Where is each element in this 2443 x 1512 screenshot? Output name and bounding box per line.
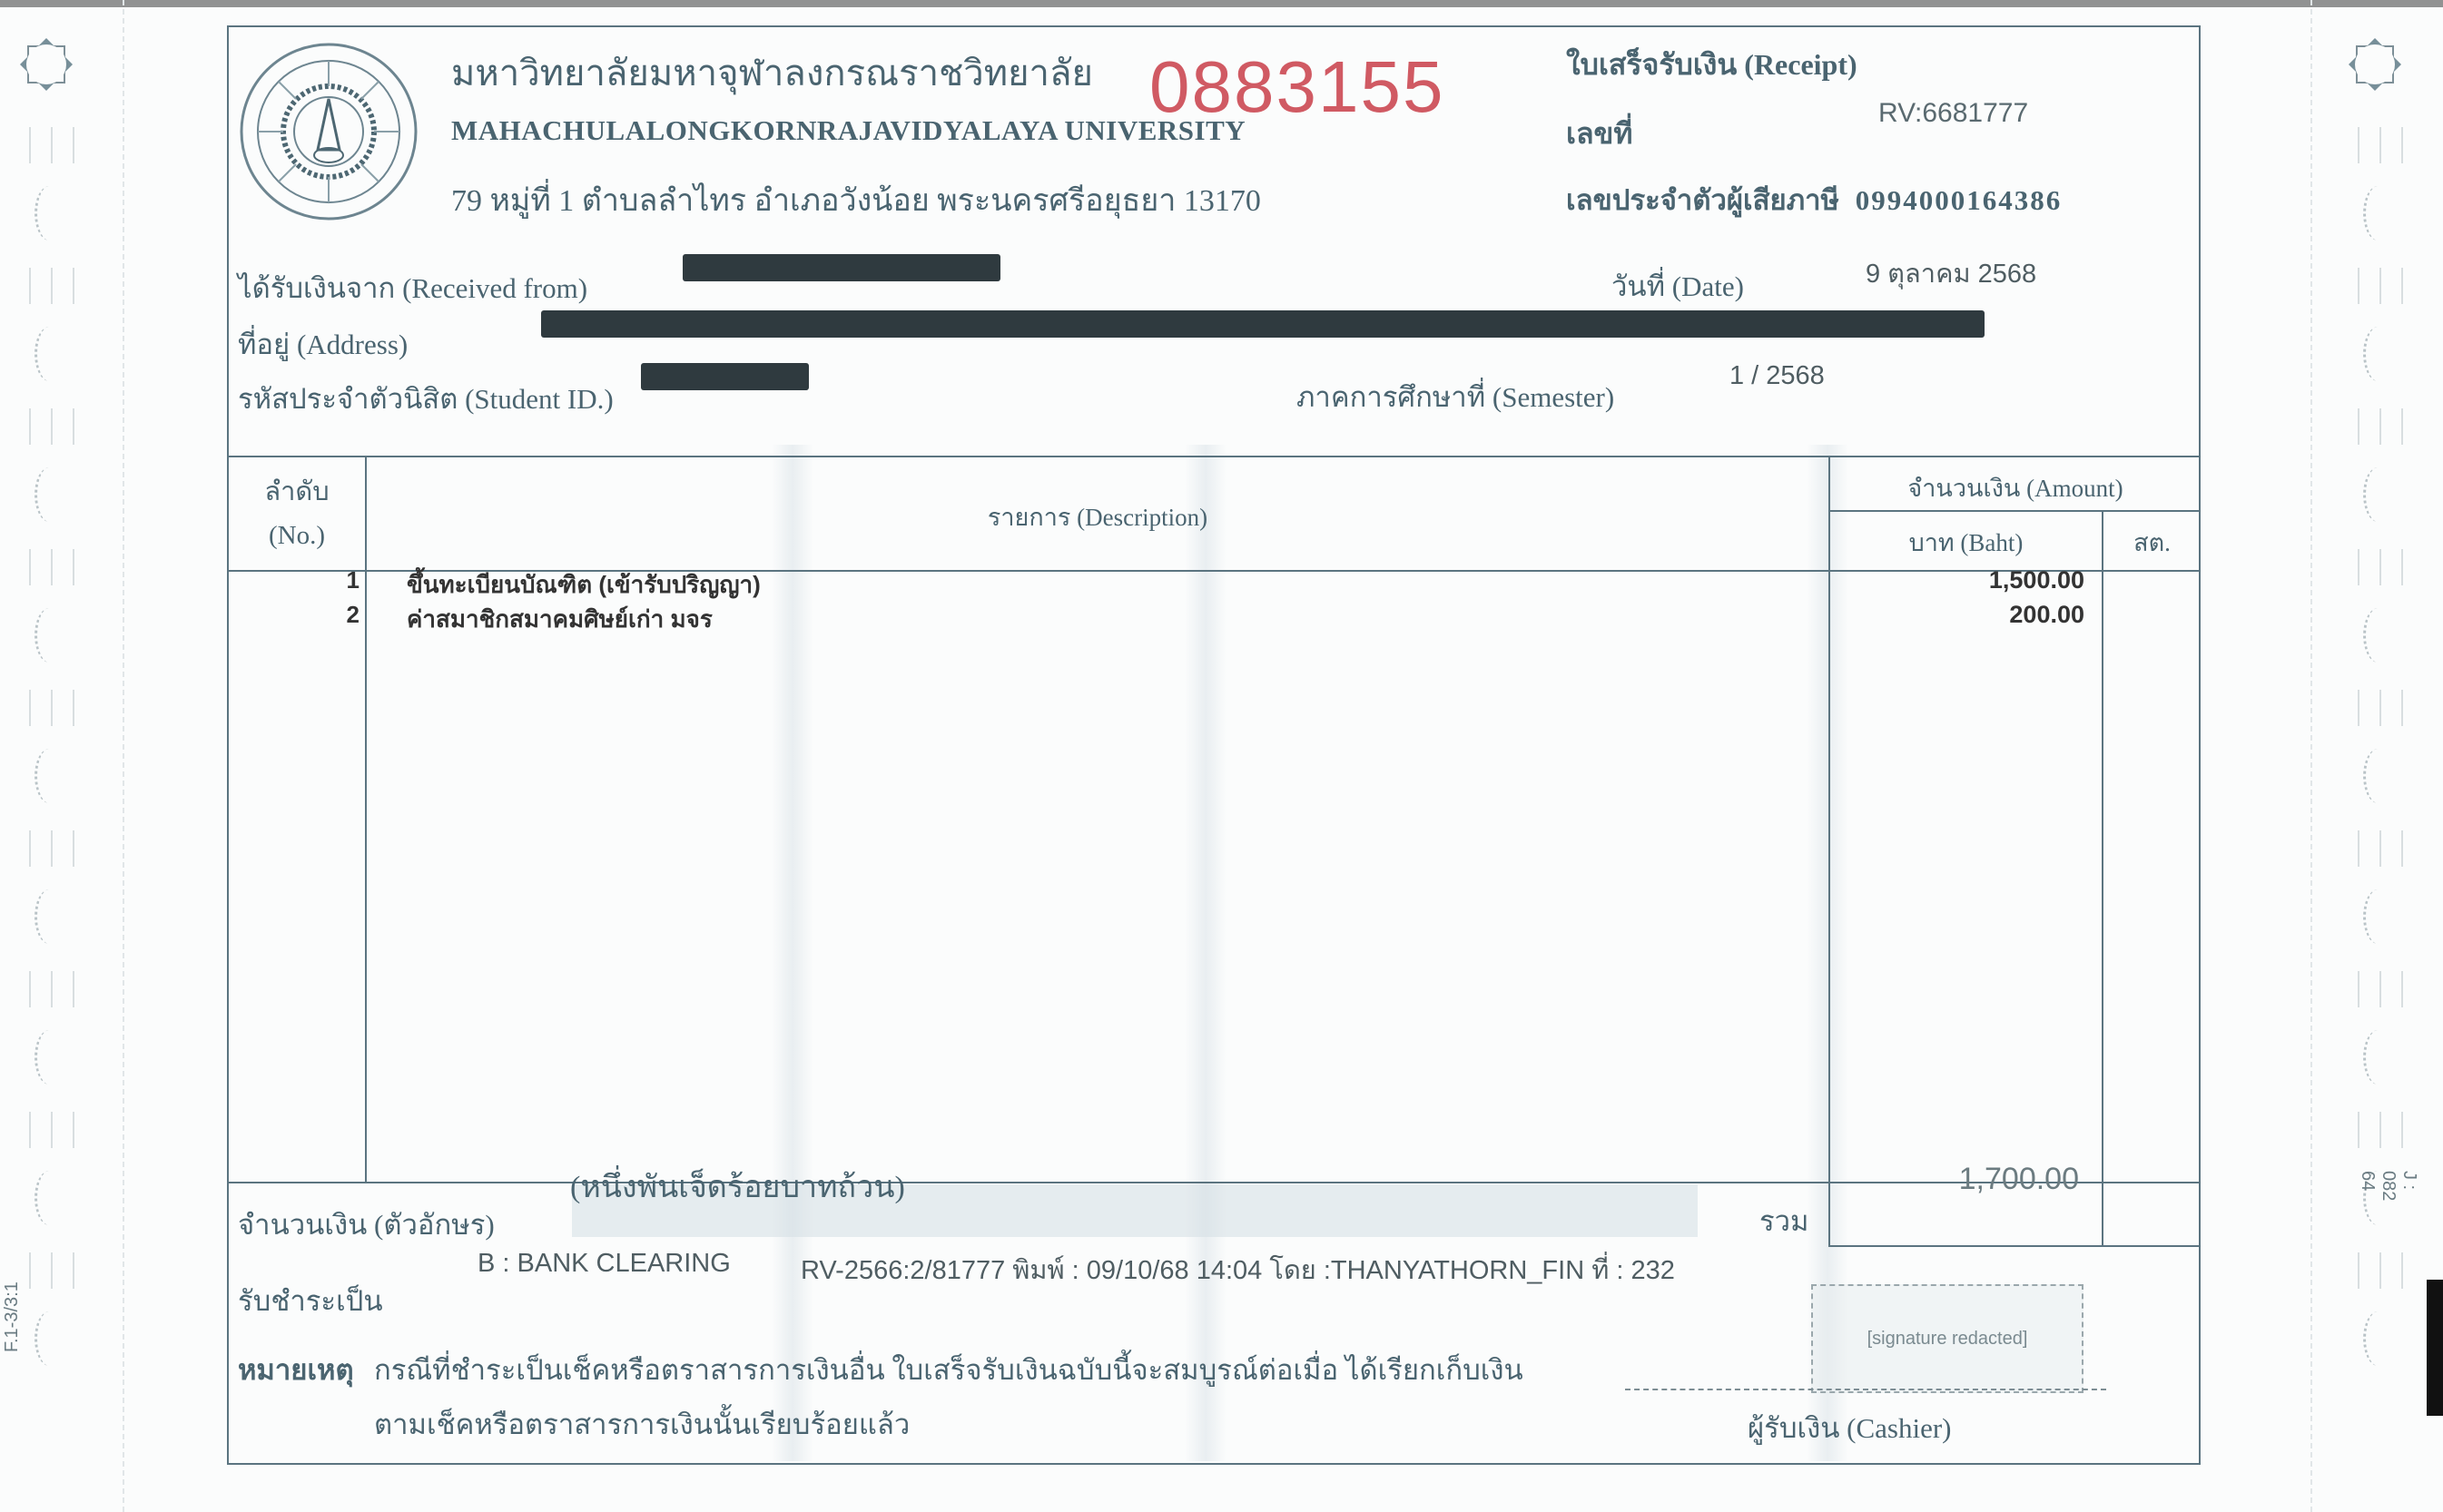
perforation-left [123,0,124,1512]
feed-tick-marks [2338,408,2419,445]
feed-tick-marks [9,971,91,1007]
feed-tick-marks [9,1112,91,1148]
receipt-number-label: เลขที่ [1566,111,1633,157]
payment-reference: RV-2566:2/81777 พิมพ์ : 09/10/68 14:04 โ… [801,1249,1675,1291]
receipt-number: RV:6681777 [1878,98,2028,129]
university-address: 79 หมู่ที่ 1 ตำบลลำไทร อำเภอวังน้อย พระน… [451,175,1261,224]
cashier-label: ผู้รับเงิน (Cashier) [1748,1405,1952,1450]
registration-mark-icon [18,36,74,93]
tax-id: 0994000164386 [1856,184,2063,216]
column-header-amount: จำนวนเงิน (Amount) [1830,468,2201,507]
perforation-right [2310,0,2312,1512]
feed-tick-marks [2338,1112,2419,1148]
column-header-no-thai: ลำดับ [229,470,365,512]
feed-tick-marks [9,830,91,867]
feed-tick-marks [2338,830,2419,867]
amount-words-label: จำนวนเงิน (ตัวอักษร) [238,1202,495,1247]
note-line-2: ตามเช็คหรือตราสารการเงินนั้นเรียบร้อยแล้… [374,1401,910,1447]
feed-hole-arc [2363,1030,2393,1085]
feed-hole-arc [2363,467,2393,522]
scan-edge [0,0,2443,7]
column-header-baht: บาท (Baht) [1830,523,2102,562]
total-bottom-border [1828,1245,2201,1247]
feed-tick-marks [9,268,91,304]
table-top-border [227,456,2201,457]
feed-hole-arc [34,608,64,663]
scan-edge-right [2427,1280,2443,1416]
column-divider [2102,510,2103,1245]
form-code-right: J : 082 64 [2357,1171,2419,1201]
feed-hole-arc [2363,186,2393,241]
feed-hole-arc [2363,749,2393,803]
note-label: หมายเหตุ [238,1347,354,1392]
serial-number: 0883155 [1149,45,1444,129]
address-value [541,310,1985,341]
table-row-amount: 200.00 [1848,601,2084,629]
feed-tick-marks [2338,690,2419,726]
student-id-value [641,363,809,394]
table-row-description: ขึ้นทะเบียนบัณฑิต (เข้ารับปริญญา) [407,566,761,604]
payment-method: B : BANK CLEARING [478,1249,731,1279]
column-header-satang: สต. [2103,523,2201,562]
feed-hole-arc [34,186,64,241]
total-amount: 1,700.00 [1843,1162,2079,1197]
feed-tick-marks [2338,549,2419,585]
amount-in-words: (หนึ่งพันเจ็ดร้อยบาทถ้วน) [570,1162,905,1211]
form-code-left: F.1-3/3:1 [2,1281,23,1352]
received-from-label: ได้รับเงินจาก (Received from) [238,265,587,310]
table-row-number: 2 [323,601,360,629]
feed-hole-arc [34,1171,64,1225]
university-seal-icon [238,41,419,222]
payment-method-label: รับชำระเป็น [238,1278,383,1323]
feed-hole-arc [34,749,64,803]
feed-hole-arc [2363,327,2393,381]
feed-hole-arc [34,327,64,381]
feed-tick-marks [9,690,91,726]
feed-tick-marks [2338,268,2419,304]
registration-mark-icon [2347,36,2403,93]
amount-header-divider [1828,510,2201,512]
tax-id-label: เลขประจำตัวผู้เสียภาษี [1566,184,1839,216]
table-row-amount: 1,500.00 [1848,566,2084,594]
feed-tick-marks [9,549,91,585]
table-row-number: 1 [323,566,360,594]
column-header-no-english: (No.) [229,521,365,551]
date-label: วันที่ (Date) [1611,263,1744,309]
feed-hole-arc [2363,608,2393,663]
table-row-description: ค่าสมาชิกสมาคมศิษย์เก่า มจร [407,601,713,638]
column-header-description: รายการ (Description) [367,497,1828,536]
note-line-1: กรณีที่ชำระเป็นเช็คหรือตราสารการเงินอื่น… [374,1347,1523,1392]
feed-hole-arc [34,889,64,944]
received-from-value [683,254,1000,285]
tax-id-row: เลขประจำตัวผู้เสียภาษี 0994000164386 [1566,177,2062,222]
university-name-thai: มหาวิทยาลัยมหาจุฬาลงกรณราชวิทยาลัย [451,44,1093,102]
university-name-english: MAHACHULALONGKORNRAJAVIDYALAYA UNIVERSIT… [451,114,1246,147]
feed-hole-arc [34,1030,64,1085]
feed-hole-arc [2363,889,2393,944]
feed-hole-arc [2363,1311,2393,1366]
total-label: รวม [1759,1198,1809,1243]
signature-line [1625,1389,2106,1390]
receipt-title: ใบเสร็จรับเงิน (Receipt) [1566,42,1857,88]
feed-tick-marks [2338,1252,2419,1289]
semester-label: ภาคการศึกษาที่ (Semester) [1296,374,1614,419]
feed-tick-marks [2338,127,2419,163]
feed-hole-arc [34,1311,64,1366]
feed-tick-marks [2338,971,2419,1007]
column-divider [1828,456,1830,1245]
semester-value: 1 / 2568 [1729,361,1825,391]
feed-tick-marks [9,127,91,163]
address-label: ที่อยู่ (Address) [238,321,408,367]
column-divider [365,456,367,1182]
date-value: 9 ตุลาคม 2568 [1866,252,2036,294]
feed-hole-arc [34,467,64,522]
cashier-signature: [signature redacted] [1811,1284,2083,1393]
student-id-label: รหัสประจำตัวนิสิต (Student ID.) [238,376,614,421]
feed-tick-marks [9,408,91,445]
